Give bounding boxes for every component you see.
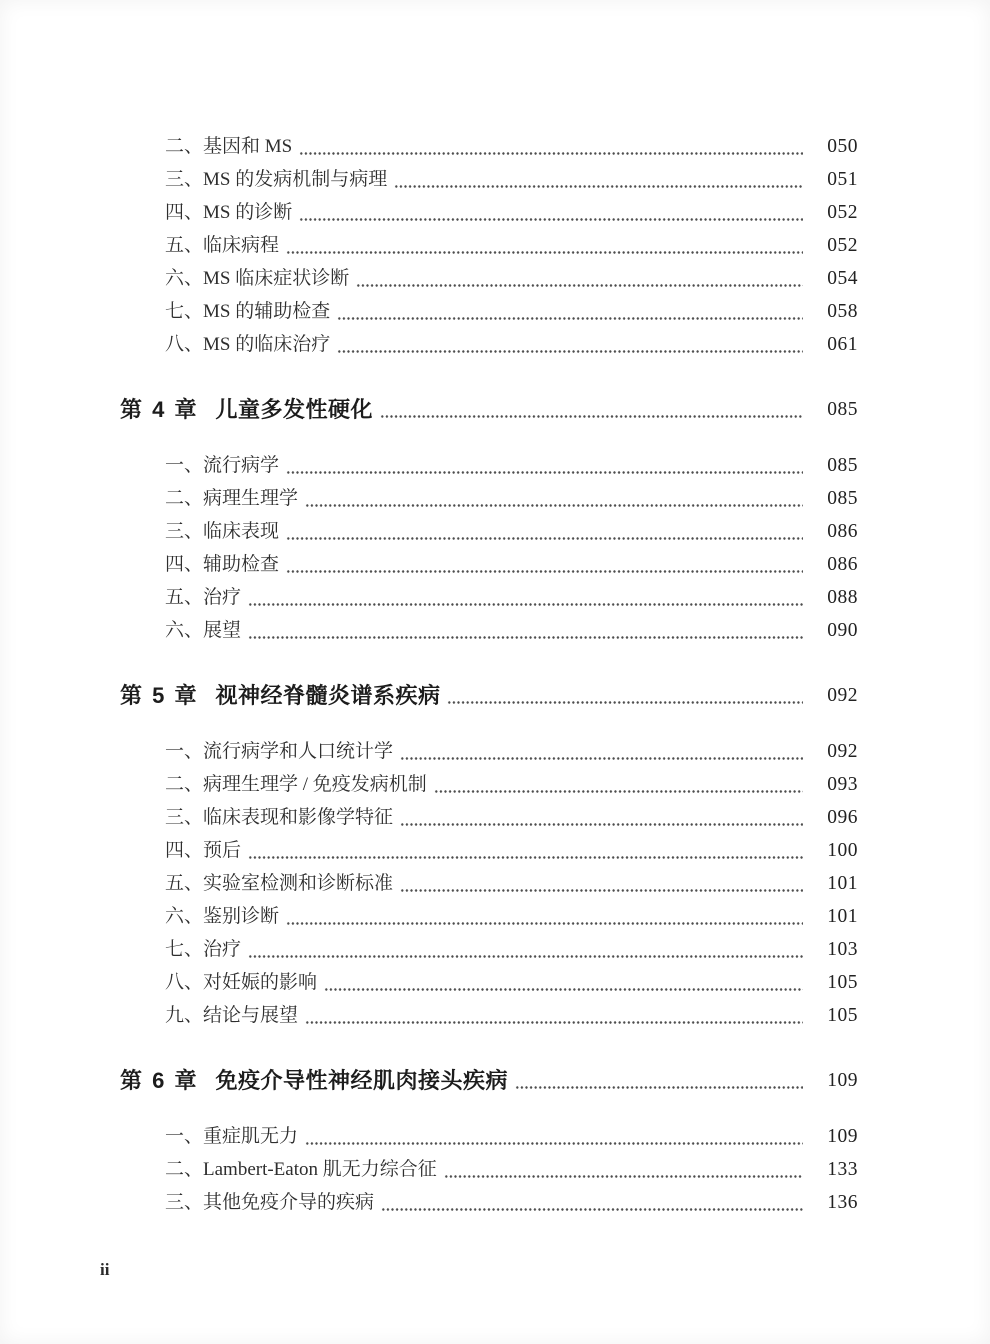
- toc-entry-label: 六、MS 临床症状诊断: [165, 262, 349, 295]
- toc-chapter-entry: 第 6 章 免疫介导性神经肌肉接头疾病 109: [120, 1064, 858, 1097]
- dotted-leader: [305, 1120, 803, 1153]
- toc-entry-label: 九、结论与展望: [165, 999, 298, 1032]
- dotted-leader: [400, 801, 803, 834]
- chapter-title: 儿童多发性硬化: [215, 393, 373, 426]
- dotted-leader: [400, 735, 803, 768]
- dotted-leader: [381, 1186, 803, 1219]
- toc-chapter-entry: 第 5 章 视神经脊髓炎谱系疾病 092: [120, 679, 858, 712]
- dotted-leader: [337, 328, 803, 361]
- toc-entry-page-number: 058: [812, 295, 858, 328]
- page-footer: ii: [100, 1260, 109, 1280]
- dotted-leader: [299, 130, 803, 163]
- toc-entry-label: 五、治疗: [165, 581, 241, 614]
- toc-entry-label: 二、基因和 MS: [165, 130, 292, 163]
- dotted-leader: [299, 196, 803, 229]
- toc-entry-page-number: 093: [812, 768, 858, 801]
- dotted-leader: [286, 229, 803, 262]
- dotted-leader: [286, 900, 803, 933]
- dotted-leader: [286, 548, 803, 581]
- toc-entry-label: 三、临床表现: [165, 515, 279, 548]
- toc-entry: 三、其他免疫介导的疾病 136: [165, 1186, 858, 1219]
- toc-entry-page-number: 052: [812, 196, 858, 229]
- toc-entry: 五、临床病程 052: [165, 229, 858, 262]
- toc-entry-page-number: 109: [812, 1120, 858, 1153]
- toc-entry-page-number: 085: [812, 449, 858, 482]
- dotted-leader: [380, 393, 803, 426]
- toc-entry: 三、临床表现和影像学特征 096: [165, 801, 858, 834]
- chapter-number: 第 6 章: [120, 1064, 198, 1097]
- toc-entry: 二、病理生理学 / 免疫发病机制 093: [165, 768, 858, 801]
- toc-entry-label: 四、MS 的诊断: [165, 196, 292, 229]
- dotted-leader: [286, 449, 803, 482]
- toc-entry-page-number: 051: [812, 163, 858, 196]
- dotted-leader: [286, 515, 803, 548]
- dotted-leader: [248, 834, 803, 867]
- dotted-leader: [324, 966, 803, 999]
- dotted-leader: [356, 262, 803, 295]
- toc-entry-label: 七、治疗: [165, 933, 241, 966]
- toc-entry: 四、预后 100: [165, 834, 858, 867]
- toc-entry: 三、临床表现 086: [165, 515, 858, 548]
- chapter-page-number: 085: [812, 393, 858, 426]
- toc-entry-page-number: 100: [812, 834, 858, 867]
- toc-entry: 二、病理生理学 085: [165, 482, 858, 515]
- toc-entry-label: 三、临床表现和影像学特征: [165, 801, 393, 834]
- toc-entry-page-number: 086: [812, 548, 858, 581]
- toc-entry-label: 二、病理生理学 / 免疫发病机制: [165, 768, 427, 801]
- chapter-page-number: 109: [812, 1064, 858, 1097]
- chapter-title: 视神经脊髓炎谱系疾病: [215, 679, 440, 712]
- toc-entry-page-number: 136: [812, 1186, 858, 1219]
- toc-entry-page-number: 050: [812, 130, 858, 163]
- toc-entry-label: 三、其他免疫介导的疾病: [165, 1186, 374, 1219]
- toc-entry-label: 八、对妊娠的影响: [165, 966, 317, 999]
- chapter-number: 第 4 章: [120, 393, 198, 426]
- toc-entry-label: 一、重症肌无力: [165, 1120, 298, 1153]
- toc-entry: 五、治疗 088: [165, 581, 858, 614]
- dotted-leader: [444, 1153, 803, 1186]
- toc-entry: 七、MS 的辅助检查 058: [165, 295, 858, 328]
- toc-entry: 七、治疗 103: [165, 933, 858, 966]
- toc-entry-label: 一、流行病学和人口统计学: [165, 735, 393, 768]
- chapter-number: 第 5 章: [120, 679, 198, 712]
- table-of-contents: 二、基因和 MS 050 三、MS 的发病机制与病理 051 四、MS 的诊断 …: [0, 0, 990, 1219]
- dotted-leader: [447, 679, 803, 712]
- toc-chapter-entry: 第 4 章 儿童多发性硬化 085: [120, 393, 858, 426]
- toc-entry: 一、重症肌无力 109: [165, 1120, 858, 1153]
- toc-entry: 九、结论与展望 105: [165, 999, 858, 1032]
- toc-entry-label: 八、MS 的临床治疗: [165, 328, 330, 361]
- toc-entry-label: 六、展望: [165, 614, 241, 647]
- dotted-leader: [400, 867, 803, 900]
- toc-entry: 二、Lambert-Eaton 肌无力综合征 133: [165, 1153, 858, 1186]
- dotted-leader: [337, 295, 803, 328]
- toc-entry-page-number: 054: [812, 262, 858, 295]
- toc-entry-label: 二、病理生理学: [165, 482, 298, 515]
- toc-entry: 一、流行病学 085: [165, 449, 858, 482]
- toc-entry-label: 四、预后: [165, 834, 241, 867]
- dotted-leader: [248, 614, 803, 647]
- dotted-leader: [515, 1064, 803, 1097]
- scanned-toc-page: 二、基因和 MS 050 三、MS 的发病机制与病理 051 四、MS 的诊断 …: [0, 0, 990, 1344]
- dotted-leader: [248, 933, 803, 966]
- toc-entry-page-number: 061: [812, 328, 858, 361]
- dotted-leader: [248, 581, 803, 614]
- toc-entry: 三、MS 的发病机制与病理 051: [165, 163, 858, 196]
- dotted-leader: [305, 482, 803, 515]
- toc-entry-page-number: 090: [812, 614, 858, 647]
- toc-entry: 六、展望 090: [165, 614, 858, 647]
- dotted-leader: [434, 768, 803, 801]
- toc-entry-page-number: 092: [812, 735, 858, 768]
- toc-entry-label: 三、MS 的发病机制与病理: [165, 163, 387, 196]
- toc-entry-page-number: 103: [812, 933, 858, 966]
- toc-entry-label: 四、辅助检查: [165, 548, 279, 581]
- toc-entry-label: 五、临床病程: [165, 229, 279, 262]
- toc-entry-page-number: 052: [812, 229, 858, 262]
- toc-entry: 一、流行病学和人口统计学 092: [165, 735, 858, 768]
- toc-entry-page-number: 086: [812, 515, 858, 548]
- toc-entry-page-number: 101: [812, 900, 858, 933]
- chapter-title: 免疫介导性神经肌肉接头疾病: [215, 1064, 508, 1097]
- toc-entry: 四、MS 的诊断 052: [165, 196, 858, 229]
- toc-entry-page-number: 105: [812, 999, 858, 1032]
- toc-entry: 六、MS 临床症状诊断 054: [165, 262, 858, 295]
- toc-entry: 六、鉴别诊断 101: [165, 900, 858, 933]
- toc-entry: 四、辅助检查 086: [165, 548, 858, 581]
- folio-page-number: ii: [100, 1260, 109, 1279]
- toc-entry-label: 七、MS 的辅助检查: [165, 295, 330, 328]
- toc-entry-label: 六、鉴别诊断: [165, 900, 279, 933]
- toc-entry-page-number: 088: [812, 581, 858, 614]
- toc-entry-page-number: 101: [812, 867, 858, 900]
- toc-entry: 八、MS 的临床治疗 061: [165, 328, 858, 361]
- toc-entry-page-number: 133: [812, 1153, 858, 1186]
- dotted-leader: [394, 163, 803, 196]
- toc-entry: 二、基因和 MS 050: [165, 130, 858, 163]
- toc-entry-label: 二、Lambert-Eaton 肌无力综合征: [165, 1153, 437, 1186]
- toc-entry: 五、实验室检测和诊断标准 101: [165, 867, 858, 900]
- chapter-page-number: 092: [812, 679, 858, 712]
- toc-entry-page-number: 085: [812, 482, 858, 515]
- toc-entry-label: 五、实验室检测和诊断标准: [165, 867, 393, 900]
- toc-entry: 八、对妊娠的影响 105: [165, 966, 858, 999]
- dotted-leader: [305, 999, 803, 1032]
- toc-entry-page-number: 105: [812, 966, 858, 999]
- toc-entry-page-number: 096: [812, 801, 858, 834]
- toc-entry-label: 一、流行病学: [165, 449, 279, 482]
